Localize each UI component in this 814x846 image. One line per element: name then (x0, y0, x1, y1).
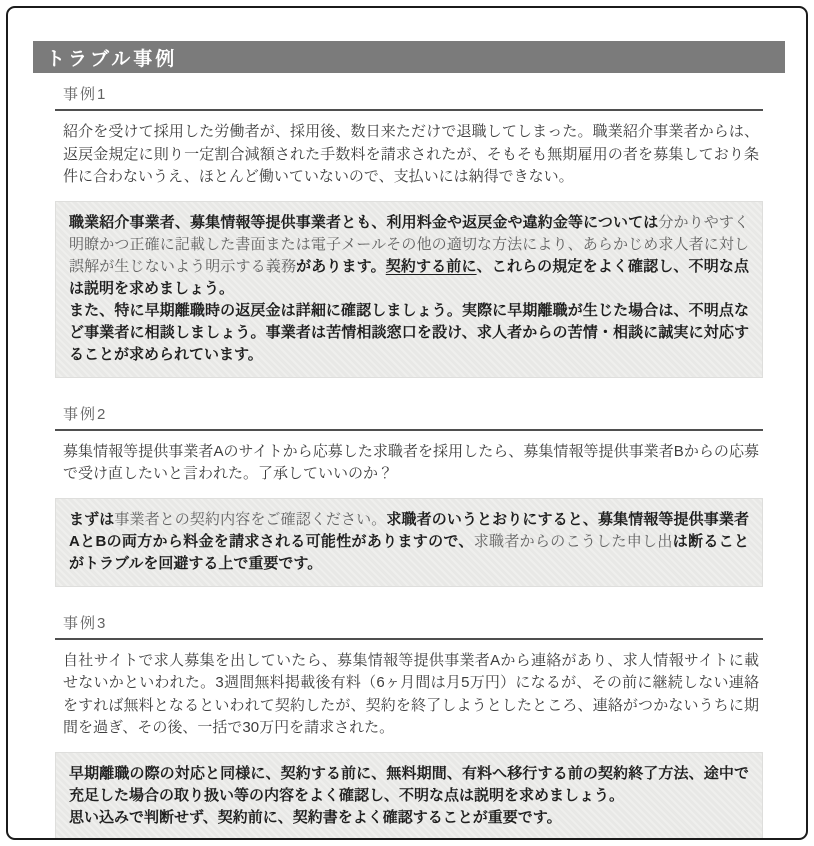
document-page: トラブル事例 事例1 紹介を受けて採用した労働者が、採用後、数日来ただけで退職し… (6, 6, 808, 840)
secondary-text: 求職者からのこうした申し出 (474, 533, 673, 550)
case-section-1: 事例1 紹介を受けて採用した労働者が、採用後、数日来ただけで退職してしまった。職… (55, 85, 763, 378)
case-divider (55, 109, 763, 111)
case-divider (55, 429, 763, 431)
secondary-text: 事業者との契約内容をご確認ください。 (114, 511, 386, 528)
content-area: 事例1 紹介を受けて採用した労働者が、採用後、数日来ただけで退職してしまった。職… (55, 85, 763, 840)
emphasis-text: 早期離職の際の対応と同様に、契約する前に、無料期間、有料へ移行する前の契約終了方… (69, 765, 749, 804)
emphasis-text: また、特に早期離職時の返戻金は詳細に確認しましょう。実際に早期離職が生じた場合は… (69, 302, 749, 363)
answer-paragraph: 思い込みで判断せず、契約前に、契約書をよく確認することが重要です。 (69, 807, 749, 829)
case-description: 自社サイトで求人募集を出していたら、募集情報等提供事業者Aから連絡があり、求人情… (63, 650, 759, 740)
answer-box: 早期離職の際の対応と同様に、契約する前に、無料期間、有料へ移行する前の契約終了方… (55, 752, 763, 841)
case-divider (55, 638, 763, 640)
answer-paragraph: また、特に早期離職時の返戻金は詳細に確認しましょう。実際に早期離職が生じた場合は… (69, 300, 749, 366)
emphasis-text: 職業紹介事業者、募集情報等提供事業者とも、利用料金や返戻金や違約金等については (69, 214, 658, 231)
case-section-2: 事例2 募集情報等提供事業者Aのサイトから応募した求職者を採用したら、募集情報等… (55, 405, 763, 587)
case-label: 事例2 (55, 405, 763, 424)
page-title: トラブル事例 (46, 44, 177, 71)
answer-paragraph: 早期離職の際の対応と同様に、契約する前に、無料期間、有料へ移行する前の契約終了方… (69, 763, 749, 807)
emphasis-text: があります。 (296, 258, 386, 275)
underlined-emphasis-text: 契約する前に (386, 258, 477, 275)
case-section-3: 事例3 自社サイトで求人募集を出していたら、募集情報等提供事業者Aから連絡があり… (55, 614, 763, 841)
case-label: 事例3 (55, 614, 763, 633)
case-description: 紹介を受けて採用した労働者が、採用後、数日来ただけで退職してしまった。職業紹介事… (63, 121, 759, 189)
emphasis-text: まずは (69, 511, 114, 528)
answer-paragraph: まずは事業者との契約内容をご確認ください。求職者のいうとおりにすると、募集情報等… (69, 509, 749, 575)
answer-box: 職業紹介事業者、募集情報等提供事業者とも、利用料金や返戻金や違約金等については分… (55, 201, 763, 378)
section-title-bar: トラブル事例 (33, 41, 785, 73)
case-label: 事例1 (55, 85, 763, 104)
answer-paragraph: 職業紹介事業者、募集情報等提供事業者とも、利用料金や返戻金や違約金等については分… (69, 212, 749, 300)
answer-box: まずは事業者との契約内容をご確認ください。求職者のいうとおりにすると、募集情報等… (55, 498, 763, 587)
case-description: 募集情報等提供事業者Aのサイトから応募した求職者を採用したら、募集情報等提供事業… (63, 441, 759, 486)
emphasis-text: 思い込みで判断せず、契約前に、契約書をよく確認することが重要です。 (69, 809, 562, 826)
